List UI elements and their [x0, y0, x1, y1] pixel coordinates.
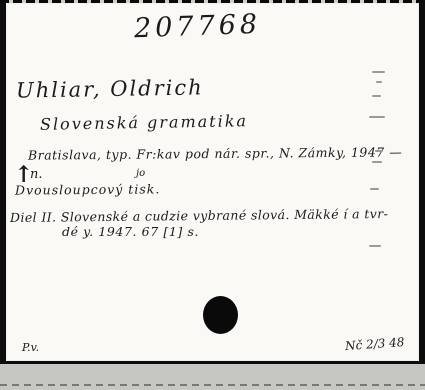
volume-note-line-2: dé y. 1947. 67 [1] s. [62, 224, 199, 239]
scan-noise-mark [372, 161, 382, 163]
author-heading: Uhliar, Oldrich [16, 75, 204, 102]
imprint-line: Bratislava, typ. Fr:kav pod nár. spr., N… [28, 144, 402, 162]
scan-edge-bottom-dashes [0, 384, 425, 386]
scan-noise-mark [376, 81, 382, 83]
date-mark: Nč 2/3 48 [345, 335, 405, 353]
cataloguer-initials: P.v. [22, 341, 39, 354]
scanned-catalog-card: 207768 Uhliar, Oldrich Slovenská gramati… [0, 0, 425, 390]
punch-hole [203, 296, 238, 334]
scan-noise-mark [375, 150, 383, 152]
scan-edge-bottom [0, 364, 425, 390]
scan-noise-mark [369, 245, 381, 247]
print-note: Dvousloupcový tisk. [15, 181, 160, 197]
accession-number: 207768 [133, 9, 261, 44]
title-line: Slovenská gramatika [40, 111, 248, 134]
catalog-card: 207768 Uhliar, Oldrich Slovenská gramati… [6, 3, 419, 364]
insert-note: n. [30, 167, 43, 182]
scan-noise-mark [370, 188, 379, 190]
imprint-insertion: jo [136, 168, 145, 179]
scan-noise-mark [372, 95, 381, 97]
scan-noise-mark [369, 116, 385, 118]
scan-noise-mark [372, 71, 385, 73]
volume-note-line-1: Diel II. Slovenské a cudzie vybrané slov… [10, 206, 388, 225]
